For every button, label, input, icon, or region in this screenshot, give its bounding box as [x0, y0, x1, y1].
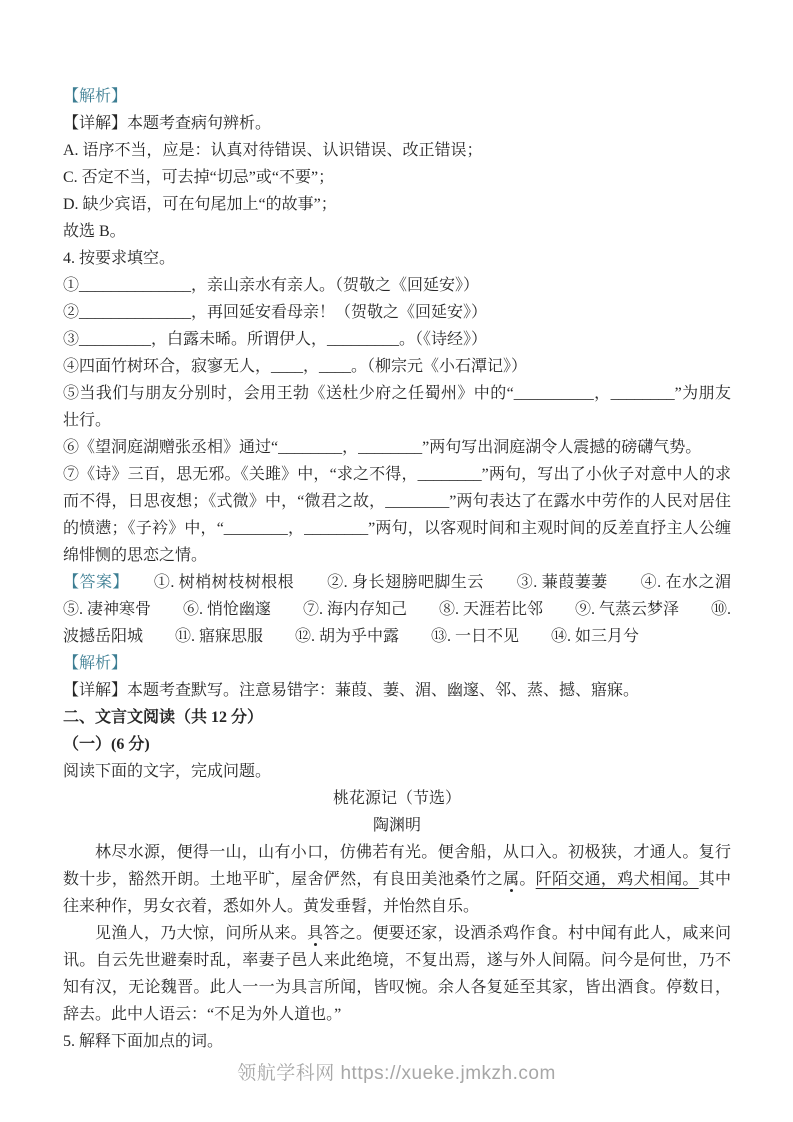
p2-text: 见渔人，乃大惊，问所从来。 [95, 925, 307, 942]
answer-body: ①. 树梢树枝树根根 ②. 身长翅膀吧脚生云 ③. 蒹葭萋萋 ④. 在水之湄 ⑤… [63, 574, 763, 645]
question-5-block: 5. 解释下面加点的词。 [63, 1028, 731, 1055]
question-4-item-5: ⑤当我们与朋友分别时，会用王勃《送杜少府之任蜀州》中的“__________，_… [63, 380, 731, 434]
analysis-label: 【解析】 [63, 83, 731, 110]
document-page: 【解析】 【详解】本题考查病句辨析。 A. 语序不当，应是：认真对待错误、认识错… [0, 0, 793, 1122]
analysis-detail: 【详解】本题考查病句辨析。 [63, 110, 731, 137]
passage-paragraph-1: 林尽水源，便得一山，山有小口，仿佛若有光。便舍船，从口入。初极狭，才通人。复行数… [63, 839, 731, 920]
question-4-stem: 4. 按要求填空。 [63, 245, 731, 272]
analysis-option-d: D. 缺少宾语，可在句尾加上“的故事”； [63, 191, 731, 218]
passage-block: 桃花源记（节选） 陶渊明 林尽水源，便得一山，山有小口，仿佛若有光。便舍船，从口… [63, 785, 731, 1028]
dotted-word-ju: 具 [307, 925, 323, 942]
section-subheading: （一）(6 分) [63, 731, 731, 758]
analysis-label-2: 【解析】 [63, 650, 731, 677]
underlined-sentence: 阡陌交通，鸡犬相闻。 [536, 871, 699, 888]
analysis-block-q3: 【解析】 【详解】本题考查病句辨析。 A. 语序不当，应是：认真对待错误、认识错… [63, 83, 731, 245]
dotted-word-shu: 属 [503, 871, 519, 888]
question-4-item-7: ⑦《诗》三百，思无邪。《关雎》中，“求之不得，________”两句，写出了小伙… [63, 461, 731, 569]
passage-author: 陶渊明 [63, 812, 731, 839]
analysis-option-a: A. 语序不当，应是：认真对待错误、认识错误、改正错误； [63, 137, 731, 164]
question-4-item-2: ②______________，再回延安看母亲！（贺敬之《回延安》） [63, 299, 731, 326]
answer-label: 【答案】 [63, 574, 121, 591]
reading-intro: 阅读下面的文字，完成问题。 [63, 758, 731, 785]
p1-text-2: 。 [519, 871, 535, 888]
analysis-option-c: C. 否定不当，可去掉“切忌”或“不要”； [63, 164, 731, 191]
question-5-stem: 5. 解释下面加点的词。 [63, 1028, 731, 1055]
section-2-block: 二、文言文阅读（共 12 分） （一）(6 分) 阅读下面的文字，完成问题。 [63, 704, 731, 785]
question-4-item-1: ①______________，亲山亲水有亲人。（贺敬之《回延安》） [63, 272, 731, 299]
passage-title: 桃花源记（节选） [63, 785, 731, 812]
passage-paragraph-2: 见渔人，乃大惊，问所从来。具答之。便要还家，设酒杀鸡作食。村中闻有此人，咸来问讯… [63, 920, 731, 1028]
question-4-item-4: ④四面竹树环合，寂寥无人，____，____。（柳宗元《小石潭记》） [63, 353, 731, 380]
watermark-footer: 领航学科网 https://xueke.jmkzh.com [0, 1058, 793, 1085]
question-4-block: 4. 按要求填空。 ①______________，亲山亲水有亲人。（贺敬之《回… [63, 245, 731, 569]
question-4-item-3: ③_________，白露未晞。所谓伊人，_________。（《诗经》） [63, 326, 731, 353]
analysis-detail-2: 【详解】本题考查默写。注意易错字：蒹葭、萋、湄、幽邃、邻、蒸、撼、寤寐。 [63, 677, 731, 704]
answer-4-line: 【答案】 ①. 树梢树枝树根根 ②. 身长翅膀吧脚生云 ③. 蒹葭萋萋 ④. 在… [63, 569, 731, 650]
analysis-conclusion: 故选 B。 [63, 218, 731, 245]
answer-4-block: 【答案】 ①. 树梢树枝树根根 ②. 身长翅膀吧脚生云 ③. 蒹葭萋萋 ④. 在… [63, 569, 731, 704]
question-4-item-6: ⑥《望洞庭湖赠张丞相》通过“________，________”两句写出洞庭湖令… [63, 434, 731, 461]
section-heading: 二、文言文阅读（共 12 分） [63, 704, 731, 731]
